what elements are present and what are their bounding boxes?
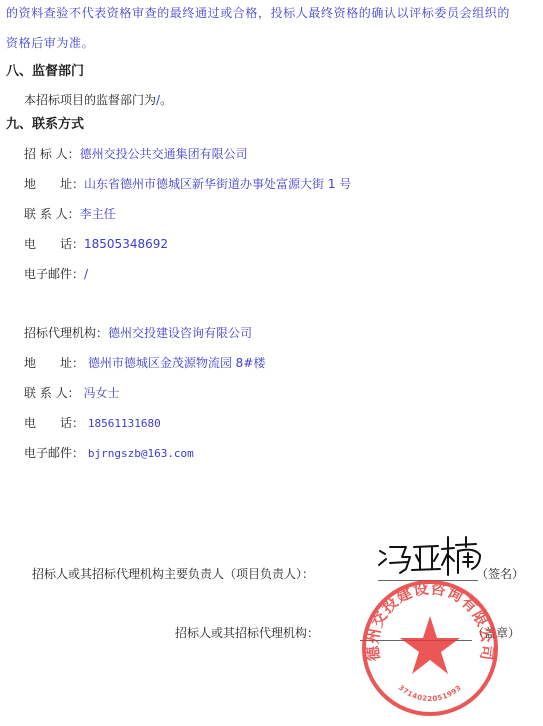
section-8-text: 本招标项目的监督部门为/。 <box>24 93 172 107</box>
tenderer-email-value: / <box>84 267 88 281</box>
agency-email-row: 电子邮件： bjrngszb@163.com <box>24 446 194 461</box>
svg-text:3714022051993: 3714022051993 <box>397 684 463 703</box>
agency-name-row: 招标代理机构：德州交投建设咨询有限公司 <box>24 326 252 340</box>
tenderer-email-label: 电子邮件： <box>24 267 84 281</box>
tenderer-name-row: 招 标 人：德州交投公共交通集团有限公司 <box>24 147 248 161</box>
tenderer-phone-row: 电 话：18505348692 <box>24 237 168 251</box>
stamp-code: 3714022051993 <box>397 684 463 703</box>
agency-contact-label: 联 系 人： <box>24 386 80 400</box>
tenderer-contact-label: 联 系 人： <box>24 207 80 221</box>
person-signature-label: 招标人或其招标代理机构主要负责人（项目负责人）： <box>32 567 314 581</box>
company-seal-stamp: 德州交投建设咨询有限公司 3714022051993 <box>358 576 502 720</box>
agency-address-value: 德州市德城区金茂源物流园 8#楼 <box>88 356 266 370</box>
agency-phone-value: 18561131680 <box>88 417 161 430</box>
tenderer-address-row: 地 址：山东省德州市德城区新华街道办事处富源大街 1 号 <box>24 177 351 191</box>
tenderer-name-label: 招 标 人： <box>24 147 80 161</box>
agency-name-label: 招标代理机构： <box>24 326 108 340</box>
org-seal-label: 招标人或其招标代理机构： <box>175 626 319 640</box>
tenderer-phone-value: 18505348692 <box>84 237 168 251</box>
agency-contact-row: 联 系 人： 冯女士 <box>24 386 119 400</box>
section-9-heading: 九、联系方式 <box>6 118 84 132</box>
agency-phone-label: 电 话： <box>24 416 84 430</box>
star-icon <box>400 616 460 674</box>
agency-phone-row: 电 话： 18561131680 <box>24 416 161 431</box>
tenderer-name-value: 德州交投公共交通集团有限公司 <box>80 147 248 161</box>
section-8-heading: 八、监督部门 <box>6 65 84 79</box>
supervision-text-suffix: 。 <box>160 93 172 107</box>
agency-contact-value: 冯女士 <box>83 386 119 400</box>
agency-email-value: bjrngszb@163.com <box>88 447 194 460</box>
agency-address-label: 地 址： <box>24 356 84 370</box>
intro-line-1: 的资料查验不代表资格审查的最终通过或合格，投标人最终资格的确认以评标委员会组织的 <box>6 6 510 20</box>
tenderer-contact-row: 联 系 人：李主任 <box>24 207 116 221</box>
tenderer-address-value: 山东省德州市德城区新华街道办事处富源大街 1 号 <box>84 177 351 191</box>
intro-line-2: 资格后审为准。 <box>6 36 94 50</box>
tenderer-address-label: 地 址： <box>24 177 84 191</box>
handwritten-signature <box>376 535 486 581</box>
agency-email-label: 电子邮件： <box>24 446 84 460</box>
agency-address-row: 地 址： 德州市德城区金茂源物流园 8#楼 <box>24 356 265 370</box>
agency-name-value: 德州交投建设咨询有限公司 <box>108 326 252 340</box>
tenderer-contact-value: 李主任 <box>80 207 116 221</box>
supervision-text-prefix: 本招标项目的监督部门为 <box>24 93 156 107</box>
tenderer-phone-label: 电 话： <box>24 237 84 251</box>
tenderer-email-row: 电子邮件：/ <box>24 267 88 281</box>
